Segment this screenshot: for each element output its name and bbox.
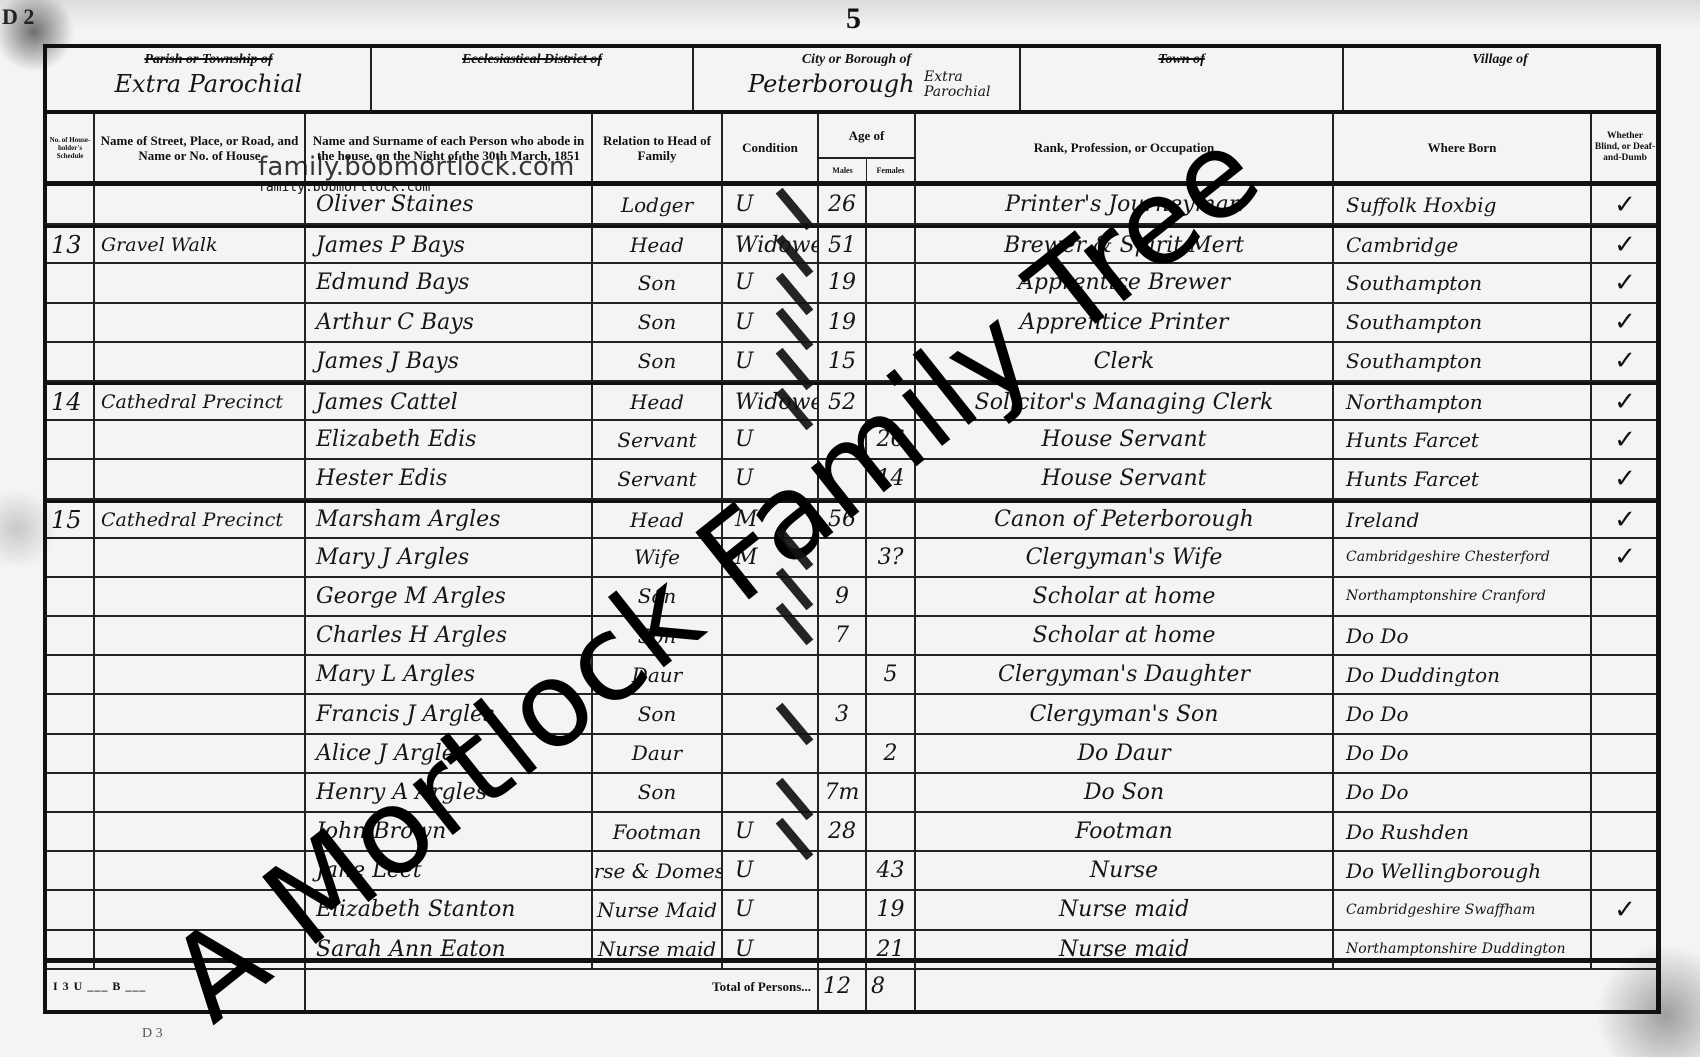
age-male-cell bbox=[819, 852, 867, 889]
person-name: Charles H Argles bbox=[306, 623, 507, 648]
where-born-cell: Cambridgeshire Swaffham bbox=[1334, 891, 1592, 928]
schedule-number-cell bbox=[47, 774, 95, 811]
occupation-cell: Do Son bbox=[916, 774, 1334, 811]
blind-deaf-mark-cell: ✓ bbox=[1592, 503, 1658, 537]
occupation-cell: Clergyman's Wife bbox=[916, 539, 1334, 576]
marital-condition-cell: U bbox=[723, 304, 819, 341]
relation-to-head: Daur bbox=[632, 741, 682, 765]
marital-condition: U bbox=[723, 858, 754, 883]
relation-to-head-cell: Daur bbox=[593, 656, 723, 693]
table-row: Alice J ArglesDaur2Do DaurDo Do bbox=[47, 735, 1656, 774]
person-name: James Cattel bbox=[306, 390, 458, 415]
relation-to-head-cell: Head bbox=[593, 503, 723, 537]
marital-condition-cell: U bbox=[723, 891, 819, 928]
age-female-cell bbox=[867, 343, 916, 380]
house-marks: I 3 U ___ B ___ bbox=[47, 979, 146, 994]
age-male: 52 bbox=[828, 390, 856, 415]
where-born-cell: Southampton bbox=[1334, 343, 1592, 380]
schedule-number: 15 bbox=[47, 506, 82, 534]
occupation: Scholar at home bbox=[1033, 623, 1216, 648]
person-name: Arthur C Bays bbox=[306, 310, 474, 335]
person-name-cell: Henry A Argles bbox=[306, 774, 593, 811]
age-male-cell: 9 bbox=[819, 578, 867, 615]
relation-to-head: Head bbox=[630, 390, 684, 414]
occupation: Clergyman's Son bbox=[1030, 702, 1219, 727]
total-row: I 3 U ___ B ___ Total of Persons... 12 8 bbox=[47, 958, 1656, 1010]
table-row: Charles H ArglesSon7Scholar at homeDo Do bbox=[47, 617, 1656, 656]
age-male: 26 bbox=[828, 192, 856, 217]
occupation: Clergyman's Daughter bbox=[998, 662, 1250, 687]
relation-to-head-cell: Son bbox=[593, 304, 723, 341]
street-name-cell: Cathedral Precinct bbox=[95, 385, 306, 419]
table-row: 14Cathedral PrecinctJames CattelHeadWido… bbox=[47, 382, 1656, 421]
schedule-number-cell bbox=[47, 578, 95, 615]
relation-to-head-cell: Son bbox=[593, 695, 723, 732]
village-cell: Village of bbox=[1344, 48, 1656, 110]
town-label: Town of bbox=[1021, 52, 1342, 68]
person-name-cell: Alice J Argles bbox=[306, 735, 593, 772]
header-blind: Whether Blind, or Deaf-and-Dumb bbox=[1592, 114, 1658, 181]
ecclesiastical-cell: Ecclesiastical District of bbox=[372, 48, 694, 110]
census-rows: Oliver StainesLodgerU26Printer's Journey… bbox=[47, 186, 1656, 970]
schedule-number-cell bbox=[47, 813, 95, 850]
where-born: Do Rushden bbox=[1334, 820, 1469, 844]
occupation-cell: House Servant bbox=[916, 460, 1334, 497]
occupation: Nurse bbox=[1090, 858, 1158, 883]
age-female-cell bbox=[867, 264, 916, 301]
marital-condition: Widower bbox=[723, 233, 819, 258]
marital-condition: U bbox=[723, 819, 754, 844]
header-age: Age of Males Females bbox=[819, 114, 916, 181]
occupation-cell: Scholar at home bbox=[916, 578, 1334, 615]
blind-deaf-mark-cell: ✓ bbox=[1592, 421, 1658, 458]
where-born-cell: Hunts Farcet bbox=[1334, 460, 1592, 497]
where-born: Northamptonshire Cranford bbox=[1334, 589, 1546, 603]
age-male-cell: 28 bbox=[819, 813, 867, 850]
age-male-cell: 52 bbox=[819, 385, 867, 419]
person-name: Oliver Staines bbox=[306, 192, 474, 217]
person-name-cell: Edmund Bays bbox=[306, 264, 593, 301]
relation-to-head-cell: Son bbox=[593, 343, 723, 380]
occupation-cell: Printer's Journeyman bbox=[916, 186, 1334, 223]
age-male: 7m bbox=[825, 780, 860, 805]
occupation: Clergyman's Wife bbox=[1026, 545, 1223, 570]
blind-deaf-mark-cell: ✓ bbox=[1592, 304, 1658, 341]
relation-to-head: Son bbox=[638, 310, 677, 334]
where-born: Northamptonshire Duddington bbox=[1334, 942, 1565, 956]
blind-deaf-mark-cell: ✓ bbox=[1592, 891, 1658, 928]
where-born-cell: Suffolk Hoxbig bbox=[1334, 186, 1592, 223]
age-male: 3 bbox=[835, 702, 849, 727]
age-male-cell: 51 bbox=[819, 228, 867, 262]
person-name: Francis J Argles bbox=[306, 702, 494, 727]
occupation: Do Son bbox=[1084, 780, 1164, 805]
blind-deaf-mark: ✓ bbox=[1614, 190, 1636, 220]
relation-to-head: Nurse Maid bbox=[597, 898, 717, 922]
header-females: Females bbox=[867, 159, 914, 181]
schedule-number-cell bbox=[47, 617, 95, 654]
marital-condition-cell: U bbox=[723, 264, 819, 301]
occupation: Apprentice Printer bbox=[1020, 310, 1229, 335]
marital-condition-cell bbox=[723, 735, 819, 772]
occupation-cell: Nurse bbox=[916, 852, 1334, 889]
parish-cell: Parish or Township of Extra Parochial bbox=[47, 48, 372, 110]
blind-deaf-mark-cell bbox=[1592, 774, 1658, 811]
age-female-cell bbox=[867, 774, 916, 811]
age-female-cell: 19 bbox=[867, 891, 916, 928]
header-condition: Condition bbox=[723, 114, 819, 181]
where-born-cell: Cambridgeshire Chesterford bbox=[1334, 539, 1592, 576]
where-born: Cambridgeshire Chesterford bbox=[1334, 550, 1550, 564]
schedule-number: 13 bbox=[47, 231, 82, 259]
where-born: Southampton bbox=[1334, 349, 1482, 373]
age-male: 9 bbox=[835, 584, 849, 609]
where-born-cell: Do Do bbox=[1334, 774, 1592, 811]
village-label: Village of bbox=[1344, 52, 1656, 68]
age-male: 56 bbox=[828, 507, 856, 532]
occupation: Brewer & Spirit Mert bbox=[1004, 233, 1244, 258]
age-male-cell: 7 bbox=[819, 617, 867, 654]
person-name-cell: Mary J Argles bbox=[306, 539, 593, 576]
where-born: Cambridgeshire Swaffham bbox=[1334, 903, 1535, 917]
marital-condition-cell bbox=[723, 578, 819, 615]
table-row: George M ArglesSon9Scholar at homeNortha… bbox=[47, 578, 1656, 617]
person-name-cell: James Cattel bbox=[306, 385, 593, 419]
street-name-cell bbox=[95, 578, 306, 615]
total-males: 12 bbox=[819, 963, 867, 1010]
marital-condition: U bbox=[723, 310, 754, 335]
table-row: James J BaysSonU15ClerkSouthampton✓ bbox=[47, 343, 1656, 382]
occupation-cell: Scholar at home bbox=[916, 617, 1334, 654]
where-born: Hunts Farcet bbox=[1334, 428, 1479, 452]
occupation-cell: Clergyman's Son bbox=[916, 695, 1334, 732]
schedule-number: 14 bbox=[47, 388, 82, 416]
street-name-cell bbox=[95, 421, 306, 458]
where-born: Do Do bbox=[1334, 780, 1409, 804]
relation-to-head: Head bbox=[630, 233, 684, 257]
street-name-cell bbox=[95, 460, 306, 497]
age-female-cell: 3? bbox=[867, 539, 916, 576]
age-female-cell: 26 bbox=[867, 421, 916, 458]
street-name-cell bbox=[95, 774, 306, 811]
age-female-cell bbox=[867, 617, 916, 654]
where-born-cell: Do Duddington bbox=[1334, 656, 1592, 693]
person-name-cell: John Brown bbox=[306, 813, 593, 850]
occupation: House Servant bbox=[1041, 427, 1206, 452]
age-female-cell bbox=[867, 186, 916, 223]
marital-condition: U bbox=[723, 270, 754, 295]
occupation-cell: Footman bbox=[916, 813, 1334, 850]
street-name: Cathedral Precinct bbox=[95, 391, 283, 413]
total-label: Total of Persons... bbox=[306, 963, 819, 1010]
where-born-cell: Do Do bbox=[1334, 735, 1592, 772]
age-female: 43 bbox=[877, 858, 905, 883]
blind-deaf-mark: ✓ bbox=[1614, 230, 1636, 260]
table-row: Francis J ArglesSon3Clergyman's SonDo Do bbox=[47, 695, 1656, 734]
where-born-cell: Hunts Farcet bbox=[1334, 421, 1592, 458]
person-name: John Brown bbox=[306, 819, 446, 844]
person-name: Elizabeth Edis bbox=[306, 427, 476, 452]
marital-condition: M bbox=[723, 545, 758, 570]
relation-to-head: Son bbox=[638, 624, 677, 648]
occupation: Scholar at home bbox=[1033, 584, 1216, 609]
blind-deaf-mark: ✓ bbox=[1614, 268, 1636, 298]
blind-deaf-mark-cell bbox=[1592, 735, 1658, 772]
relation-to-head: Son bbox=[638, 702, 677, 726]
blind-deaf-mark: ✓ bbox=[1614, 346, 1636, 376]
age-male-cell: 26 bbox=[819, 186, 867, 223]
marital-condition-cell bbox=[723, 774, 819, 811]
marital-condition: U bbox=[723, 466, 754, 491]
person-name-cell: Arthur C Bays bbox=[306, 304, 593, 341]
where-born: Suffolk Hoxbig bbox=[1334, 193, 1496, 217]
where-born-cell: Do Wellingborough bbox=[1334, 852, 1592, 889]
relation-to-head-cell: Daur bbox=[593, 735, 723, 772]
person-name: Hester Edis bbox=[306, 466, 447, 491]
schedule-number-cell bbox=[47, 539, 95, 576]
person-name-cell: Charles H Argles bbox=[306, 617, 593, 654]
age-female: 3? bbox=[878, 545, 904, 570]
table-row: Jane LeetNurse & DomesticU43NurseDo Well… bbox=[47, 852, 1656, 891]
marital-condition-cell: U bbox=[723, 852, 819, 889]
where-born-cell: Cambridge bbox=[1334, 228, 1592, 262]
street-name-cell bbox=[95, 343, 306, 380]
blind-deaf-mark-cell: ✓ bbox=[1592, 343, 1658, 380]
marital-condition: U bbox=[723, 897, 754, 922]
city-cell: City or Borough of Peterborough Extra Pa… bbox=[694, 48, 1021, 110]
age-female: 14 bbox=[877, 466, 905, 491]
occupation-cell: House Servant bbox=[916, 421, 1334, 458]
where-born-cell: Northampton bbox=[1334, 385, 1592, 419]
person-name-cell: Marsham Argles bbox=[306, 503, 593, 537]
person-name-cell: James P Bays bbox=[306, 228, 593, 262]
age-male-cell: 15 bbox=[819, 343, 867, 380]
marital-condition-cell bbox=[723, 617, 819, 654]
street-name-cell bbox=[95, 304, 306, 341]
person-name-cell: Elizabeth Edis bbox=[306, 421, 593, 458]
street-name-cell bbox=[95, 735, 306, 772]
marital-condition-cell: U bbox=[723, 421, 819, 458]
corner-mark: D 2 bbox=[2, 4, 34, 30]
age-male-cell bbox=[819, 460, 867, 497]
blind-deaf-mark: ✓ bbox=[1614, 307, 1636, 337]
occupation-cell: Nurse maid bbox=[916, 891, 1334, 928]
occupation-cell: Canon of Peterborough bbox=[916, 503, 1334, 537]
marital-condition: U bbox=[723, 192, 754, 217]
age-male: 51 bbox=[828, 233, 856, 258]
occupation-cell: Clerk bbox=[916, 343, 1334, 380]
city-note: Extra Parochial bbox=[924, 70, 1014, 100]
where-born: Northampton bbox=[1334, 390, 1483, 414]
total-females: 8 bbox=[867, 963, 916, 1010]
relation-to-head: Head bbox=[630, 508, 684, 532]
schedule-number-cell: 15 bbox=[47, 503, 95, 537]
table-row: 15Cathedral PrecinctMarsham ArglesHeadM5… bbox=[47, 500, 1656, 539]
parish-value: Extra Parochial bbox=[47, 70, 370, 98]
where-born: Hunts Farcet bbox=[1334, 467, 1479, 491]
where-born: Southampton bbox=[1334, 310, 1482, 334]
occupation-cell: Clergyman's Daughter bbox=[916, 656, 1334, 693]
schedule-number-cell bbox=[47, 656, 95, 693]
age-male-cell: 19 bbox=[819, 304, 867, 341]
relation-to-head: Footman bbox=[613, 820, 702, 844]
where-born: Southampton bbox=[1334, 271, 1482, 295]
person-name: Elizabeth Stanton bbox=[306, 897, 515, 922]
blind-deaf-mark-cell bbox=[1592, 813, 1658, 850]
blind-deaf-mark-cell: ✓ bbox=[1592, 228, 1658, 262]
header-age-label: Age of bbox=[819, 114, 914, 159]
age-male: 15 bbox=[828, 349, 856, 374]
age-female-cell bbox=[867, 304, 916, 341]
person-name-cell: Elizabeth Stanton bbox=[306, 891, 593, 928]
street-name-cell bbox=[95, 852, 306, 889]
schedule-number-cell bbox=[47, 852, 95, 889]
marital-condition-cell: U bbox=[723, 813, 819, 850]
marital-condition-cell: U bbox=[723, 186, 819, 223]
city-label: City or Borough of bbox=[694, 52, 1019, 68]
marital-condition-cell: Widower bbox=[723, 228, 819, 262]
person-name-cell: Jane Leet bbox=[306, 852, 593, 889]
person-name-cell: George M Argles bbox=[306, 578, 593, 615]
where-born: Ireland bbox=[1334, 508, 1419, 532]
age-female-cell bbox=[867, 578, 916, 615]
schedule-number-cell bbox=[47, 304, 95, 341]
relation-to-head-cell: Nurse Maid bbox=[593, 891, 723, 928]
relation-to-head: Son bbox=[638, 584, 677, 608]
street-name-cell bbox=[95, 891, 306, 928]
person-name: Mary J Argles bbox=[306, 545, 469, 570]
age-male-cell: 56 bbox=[819, 503, 867, 537]
blind-deaf-mark-cell: ✓ bbox=[1592, 460, 1658, 497]
where-born-cell: Southampton bbox=[1334, 264, 1592, 301]
occupation: Printer's Journeyman bbox=[1005, 192, 1243, 217]
occupation-cell: Do Daur bbox=[916, 735, 1334, 772]
blind-deaf-mark-cell bbox=[1592, 852, 1658, 889]
street-name: Cathedral Precinct bbox=[95, 509, 283, 531]
relation-to-head-cell: Head bbox=[593, 228, 723, 262]
table-row: 13Gravel WalkJames P BaysHeadWidower51Br… bbox=[47, 225, 1656, 264]
location-header: Parish or Township of Extra Parochial Ec… bbox=[47, 48, 1656, 114]
blind-deaf-mark-cell: ✓ bbox=[1592, 186, 1658, 223]
where-born-cell: Southampton bbox=[1334, 304, 1592, 341]
marital-condition-cell: M bbox=[723, 503, 819, 537]
age-female-cell: 14 bbox=[867, 460, 916, 497]
table-row: Hester EdisServantU14House ServantHunts … bbox=[47, 460, 1656, 499]
person-name: James J Bays bbox=[306, 349, 459, 374]
where-born-cell: Do Do bbox=[1334, 617, 1592, 654]
schedule-number-cell bbox=[47, 343, 95, 380]
watermark-url-small: family.bobmortlock.com bbox=[258, 180, 430, 195]
house-marks-cell: I 3 U ___ B ___ bbox=[47, 963, 306, 1010]
where-born: Cambridge bbox=[1334, 233, 1458, 257]
age-female: 26 bbox=[877, 427, 905, 452]
relation-to-head: Servant bbox=[617, 467, 696, 491]
occupation: Solicitor's Managing Clerk bbox=[975, 390, 1274, 415]
age-male-cell: 7m bbox=[819, 774, 867, 811]
blind-deaf-mark: ✓ bbox=[1614, 387, 1636, 417]
person-name: Edmund Bays bbox=[306, 270, 469, 295]
blind-deaf-mark: ✓ bbox=[1614, 542, 1636, 572]
marital-condition: Widower bbox=[723, 390, 819, 415]
relation-to-head-cell: Servant bbox=[593, 421, 723, 458]
blind-deaf-mark-cell: ✓ bbox=[1592, 385, 1658, 419]
person-name: Henry A Argles bbox=[306, 780, 487, 805]
where-born: Do Wellingborough bbox=[1334, 859, 1541, 883]
occupation-cell: Brewer & Spirit Mert bbox=[916, 228, 1334, 262]
age-female-cell: 43 bbox=[867, 852, 916, 889]
age-male-cell bbox=[819, 421, 867, 458]
where-born-cell: Northamptonshire Cranford bbox=[1334, 578, 1592, 615]
occupation: Clerk bbox=[1094, 349, 1155, 374]
relation-to-head-cell: Son bbox=[593, 617, 723, 654]
blind-deaf-mark-cell bbox=[1592, 695, 1658, 732]
ecclesiastical-label: Ecclesiastical District of bbox=[372, 52, 692, 68]
person-name: James P Bays bbox=[306, 233, 465, 258]
blind-deaf-mark: ✓ bbox=[1614, 895, 1636, 925]
town-cell: Town of bbox=[1021, 48, 1344, 110]
blind-deaf-mark: ✓ bbox=[1614, 464, 1636, 494]
person-name: Alice J Argles bbox=[306, 741, 466, 766]
watermark-url-large: family.bobmortlock.com bbox=[258, 152, 575, 182]
relation-to-head: Son bbox=[638, 271, 677, 295]
age-male: 28 bbox=[828, 819, 856, 844]
occupation-cell: Solicitor's Managing Clerk bbox=[916, 385, 1334, 419]
relation-to-head-cell: Son bbox=[593, 774, 723, 811]
marital-condition: M bbox=[723, 507, 758, 532]
schedule-number-cell bbox=[47, 264, 95, 301]
marital-condition-cell: Widower bbox=[723, 385, 819, 419]
where-born-cell: Do Do bbox=[1334, 695, 1592, 732]
age-female-cell bbox=[867, 503, 916, 537]
schedule-number-cell bbox=[47, 735, 95, 772]
age-female-cell bbox=[867, 385, 916, 419]
relation-to-head: Daur bbox=[632, 663, 682, 687]
street-name-cell: Cathedral Precinct bbox=[95, 503, 306, 537]
age-female-cell bbox=[867, 228, 916, 262]
age-female-cell bbox=[867, 813, 916, 850]
marital-condition-cell bbox=[723, 656, 819, 693]
where-born: Do Do bbox=[1334, 702, 1409, 726]
marital-condition-cell: U bbox=[723, 460, 819, 497]
schedule-number-cell bbox=[47, 460, 95, 497]
street-name-cell: Gravel Walk bbox=[95, 228, 306, 262]
age-female-cell bbox=[867, 695, 916, 732]
person-name: Mary L Argles bbox=[306, 662, 475, 687]
table-row: Edmund BaysSonU19Apprentice BrewerSoutha… bbox=[47, 264, 1656, 303]
blind-deaf-mark: ✓ bbox=[1614, 505, 1636, 535]
relation-to-head: Nurse & Domestic bbox=[593, 859, 723, 883]
age-male-cell bbox=[819, 656, 867, 693]
table-row: Henry A ArglesSon7mDo SonDo Do bbox=[47, 774, 1656, 813]
where-born: Do Do bbox=[1334, 624, 1409, 648]
age-male-cell: 3 bbox=[819, 695, 867, 732]
marital-condition: U bbox=[723, 427, 754, 452]
schedule-number-cell bbox=[47, 186, 95, 223]
occupation: Canon of Peterborough bbox=[994, 507, 1254, 532]
marital-condition-cell: U bbox=[723, 343, 819, 380]
blind-deaf-mark-cell: ✓ bbox=[1592, 539, 1658, 576]
relation-to-head-cell: Servant bbox=[593, 460, 723, 497]
footer-mark: D 3 bbox=[142, 1026, 163, 1042]
street-name-cell bbox=[95, 813, 306, 850]
relation-to-head: Son bbox=[638, 349, 677, 373]
where-born: Do Do bbox=[1334, 741, 1409, 765]
blind-deaf-mark-cell bbox=[1592, 656, 1658, 693]
table-row: Arthur C BaysSonU19Apprentice PrinterSou… bbox=[47, 304, 1656, 343]
relation-to-head-cell: Head bbox=[593, 385, 723, 419]
header-relation: Relation to Head of Family bbox=[593, 114, 723, 181]
schedule-number-cell bbox=[47, 891, 95, 928]
